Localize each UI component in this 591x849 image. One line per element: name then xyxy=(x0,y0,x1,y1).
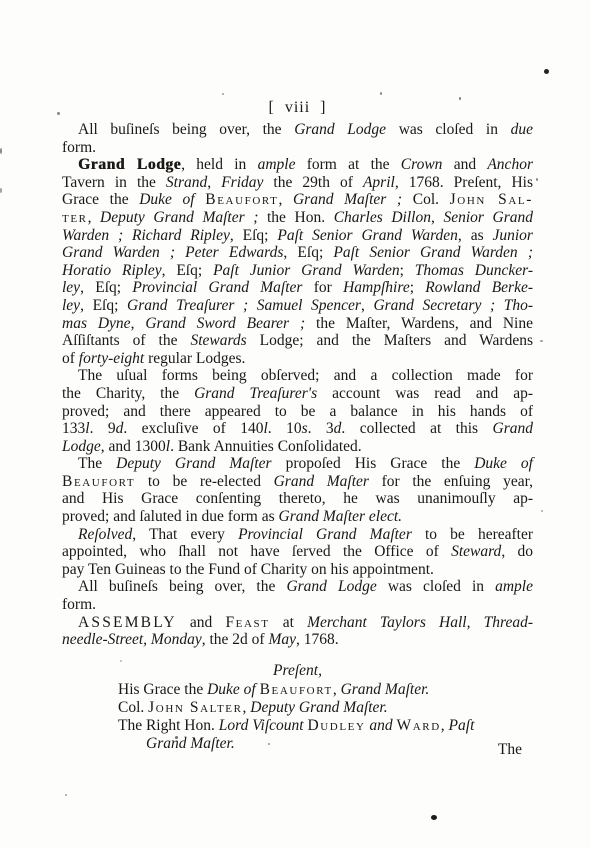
text-line: All buſineſs being over, the Grand Lodge… xyxy=(62,121,533,139)
text-line: Reſolved, That every Provincial Grand Ma… xyxy=(62,526,533,544)
text-line: pay Ten Guineas to the Fund of Charity o… xyxy=(62,561,533,579)
text-line: Beaufort to be re-elected Grand Maſter f… xyxy=(62,473,533,491)
text-line: needle-Street, Monday, the 2d of May, 17… xyxy=(62,631,533,649)
text-line: Warden ; Richard Ripley, Eſq; Paſt Senio… xyxy=(62,227,533,245)
text-line: Tavern in the Strand, Friday the 29th of… xyxy=(62,174,533,192)
text-line: of forty-eight regular Lodges. xyxy=(62,350,533,368)
text-line: 133l. 9d. excluſive of 140l. 10s. 3d. co… xyxy=(62,420,533,438)
text-line: All buſineſs being over, the Grand Lodge… xyxy=(62,578,533,596)
present-heading: Preſent, xyxy=(62,662,533,680)
body-lines: All buſineſs being over, the Grand Lodge… xyxy=(62,121,533,649)
speck xyxy=(380,92,382,95)
speck xyxy=(431,815,437,820)
text-line: and His Grace conſenting thereto, he was… xyxy=(62,490,533,508)
text-line: Aſſiſtants of the Stewards Lodge; and th… xyxy=(62,332,533,350)
speck xyxy=(0,148,2,154)
speck xyxy=(120,660,122,662)
text-line: proved; and there appeared to be a balan… xyxy=(62,403,533,421)
text-line: ter, Deputy Grand Maſter ; the Hon. Char… xyxy=(62,209,533,227)
catchword: The xyxy=(62,741,533,759)
book-page: [ viii ] All buſineſs being over, the Gr… xyxy=(0,0,591,849)
text-line: form. xyxy=(62,596,533,614)
speck xyxy=(175,736,178,739)
text-line: Grace the Duke of Beaufort, Grand Maſter… xyxy=(62,191,533,209)
text-line: Lodge, and 1300l. Bank Annuities Conſoli… xyxy=(62,438,533,456)
text-line: form. xyxy=(62,139,533,157)
text-line: The uſual forms being obſerved; and a co… xyxy=(62,367,533,385)
speck xyxy=(540,340,543,342)
text-line: His Grace the Duke of Beaufort, Grand Ma… xyxy=(118,681,533,699)
text-line: Col. John Salter, Deputy Grand Maſter. xyxy=(118,699,533,717)
text-line: The Deputy Grand Maſter propoſed His Gra… xyxy=(62,455,533,473)
page-text: [ viii ] All buſineſs being over, the Gr… xyxy=(62,99,533,759)
speck xyxy=(65,794,67,796)
text-line: proved; and ſaluted in due form as Grand… xyxy=(62,508,533,526)
speck xyxy=(541,510,543,512)
text-line: ley, Eſq; Grand Treaſurer ; Samuel Spenc… xyxy=(62,297,533,315)
text-line: ASSEMBLY and Feast at Merchant Taylors H… xyxy=(62,614,533,632)
text-line: Grand Warden ; Peter Edwards, Eſq; Paſt … xyxy=(62,244,533,262)
text-line: appointed, who ſhall not have ſerved the… xyxy=(62,543,533,561)
folio-page-number: [ viii ] xyxy=(62,99,533,117)
speck xyxy=(57,112,60,115)
speck xyxy=(536,178,538,181)
speck xyxy=(0,188,2,193)
text-line: Grand Lodge, held in ample form at the C… xyxy=(62,156,533,174)
speck xyxy=(222,93,224,95)
speck xyxy=(459,97,461,100)
speck xyxy=(544,69,549,74)
text-line: The Right Hon. Lord Viſcount Dudley and … xyxy=(118,717,533,735)
text-line: ley, Eſq; Provincial Grand Maſter for Ha… xyxy=(62,279,533,297)
text-line: mas Dyne, Grand Sword Bearer ; the Maſte… xyxy=(62,315,533,333)
text-line: the Charity, the Grand Treaſurer's accou… xyxy=(62,385,533,403)
speck xyxy=(268,743,270,745)
text-line: Horatio Ripley, Eſq; Paſt Junior Grand W… xyxy=(62,262,533,280)
